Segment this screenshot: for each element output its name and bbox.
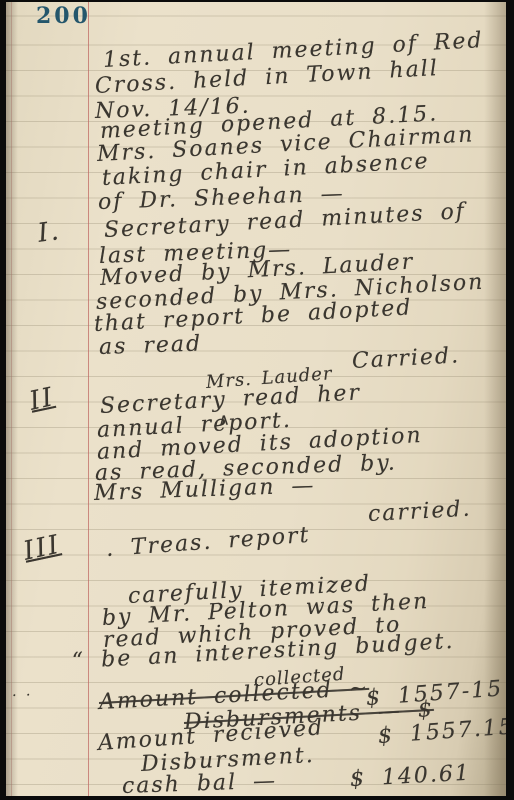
ledger-photo: 200 1st. annual meeting of RedCross. hel… <box>0 0 514 800</box>
hw-amount-3: $ 140.61 <box>349 761 471 792</box>
ledger-page: 200 1st. annual meeting of RedCross. hel… <box>6 2 506 796</box>
hw-numeral-2: II <box>27 382 57 416</box>
hw-item1-carried: Carried. <box>351 343 460 374</box>
hw-numeral-1: I. <box>36 216 63 249</box>
handwriting-layer: 1st. annual meeting of RedCross. held in… <box>6 2 506 796</box>
hw-numeral-3: III <box>21 530 63 567</box>
hw-cashbal-label: cash bal — <box>122 769 278 796</box>
hw-item1-line6: as read <box>99 331 203 360</box>
hw-margin-dots: . . <box>12 683 32 700</box>
hw-item3-line1: . Treas. report <box>105 523 311 562</box>
hw-item2-carried: carried. <box>367 497 472 527</box>
